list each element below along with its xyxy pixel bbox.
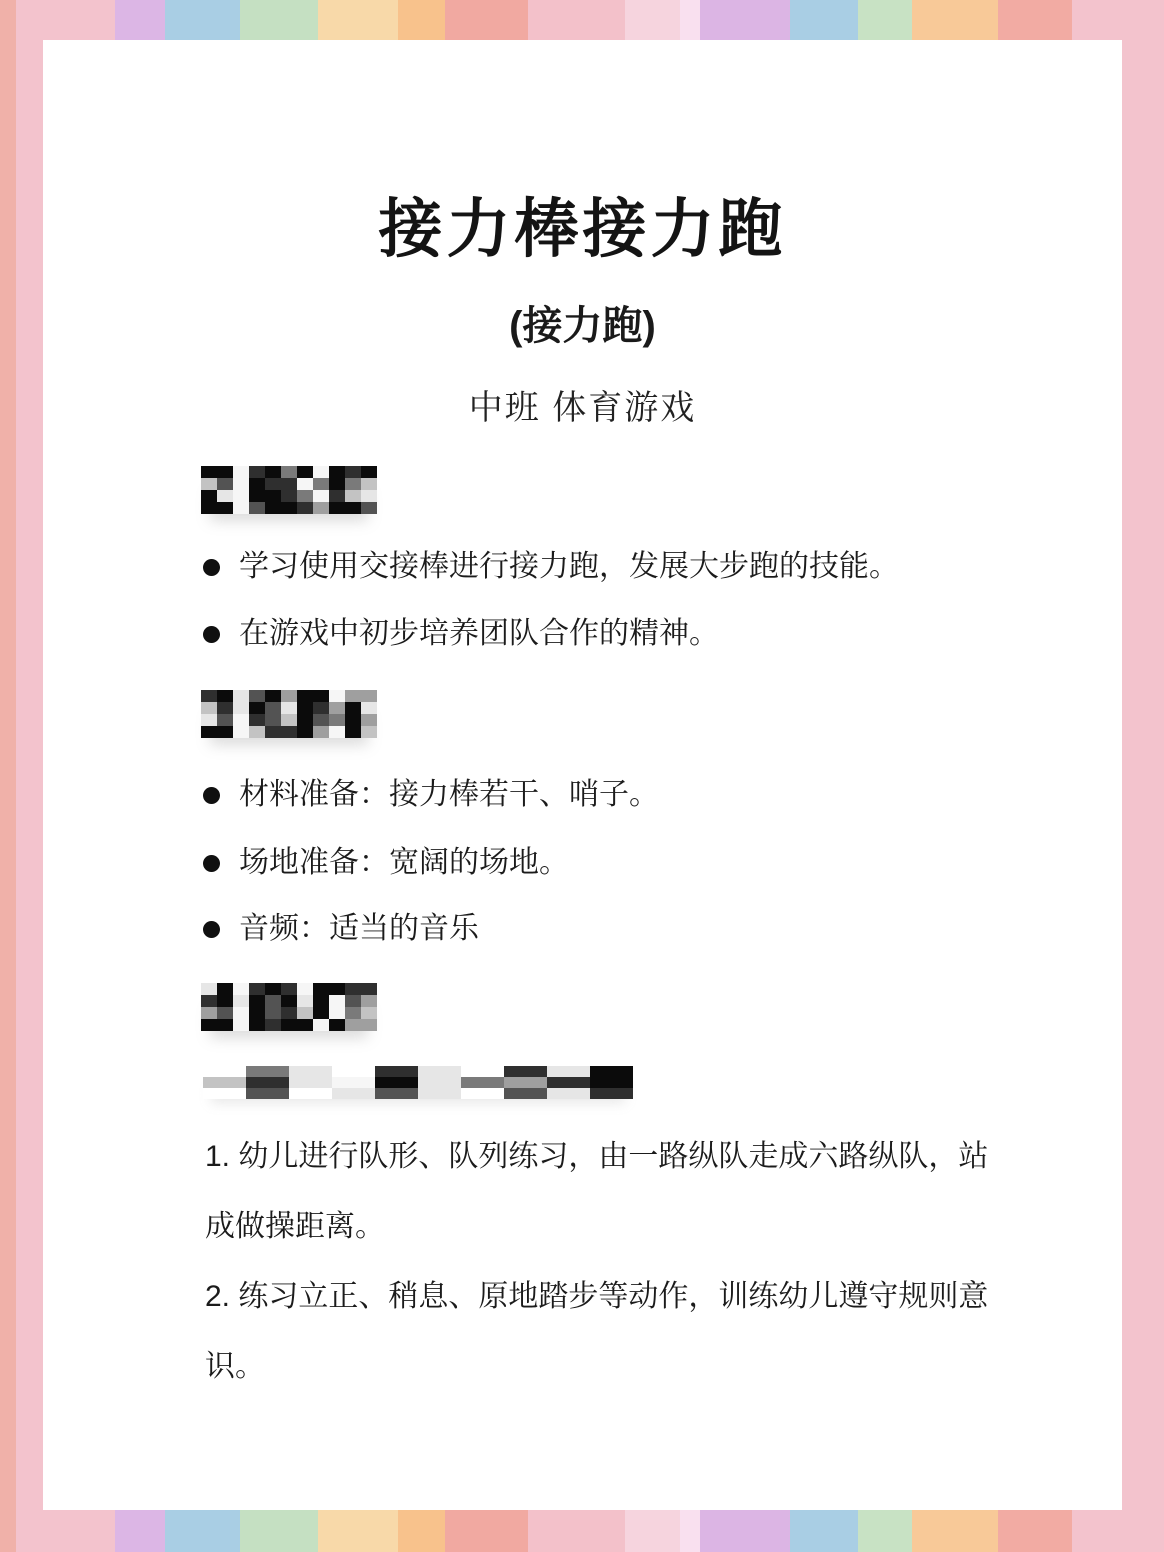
redacted-heading-preparation xyxy=(201,690,377,738)
list-item: 在游戏中初步培养团队合作的精神。 xyxy=(203,612,1083,656)
list-item-text: 场地准备：宽阔的场地。 xyxy=(239,841,569,885)
grade-activity-line: 中班 体育游戏 xyxy=(43,380,1122,429)
bullet-icon xyxy=(203,559,220,576)
page-subtitle: (接力跑) xyxy=(43,294,1122,351)
redacted-heading-goals xyxy=(201,466,377,514)
page-background: { "doc": { "title": "接力棒接力跑", "subtitle"… xyxy=(0,0,1164,1552)
list-item: 材料准备：接力棒若干、哨子。 xyxy=(203,773,1083,817)
redacted-heading-process xyxy=(201,983,377,1031)
list-item: 场地准备：宽阔的场地。 xyxy=(203,841,1083,885)
bullet-icon xyxy=(203,626,220,643)
list-item: 音频：适当的音乐 xyxy=(203,907,1083,951)
list-item-text: 材料准备：接力棒若干、哨子。 xyxy=(239,773,659,817)
bullet-icon xyxy=(203,787,220,804)
list-item: 学习使用交接棒进行接力跑，发展大步跑的技能。 xyxy=(203,545,1083,589)
bullet-icon xyxy=(203,921,220,938)
process-step: 2. 练习立正、稍息、原地踏步等动作，训练幼儿遵守规则意识。 xyxy=(205,1262,997,1402)
bullet-icon xyxy=(203,855,220,872)
process-step: 1. 幼儿进行队形、队列练习，由一路纵队走成六路纵队，站成做操距离。 xyxy=(205,1122,997,1262)
list-item-text: 音频：适当的音乐 xyxy=(239,907,479,951)
document-card: 接力棒接力跑 (接力跑) 中班 体育游戏 学习使用交接棒进行接力跑，发展大步跑的… xyxy=(43,40,1122,1510)
page-title: 接力棒接力跑 xyxy=(43,178,1122,270)
redacted-subheading xyxy=(203,1066,633,1099)
list-item-text: 学习使用交接棒进行接力跑，发展大步跑的技能。 xyxy=(239,545,899,589)
list-item-text: 在游戏中初步培养团队合作的精神。 xyxy=(239,612,719,656)
